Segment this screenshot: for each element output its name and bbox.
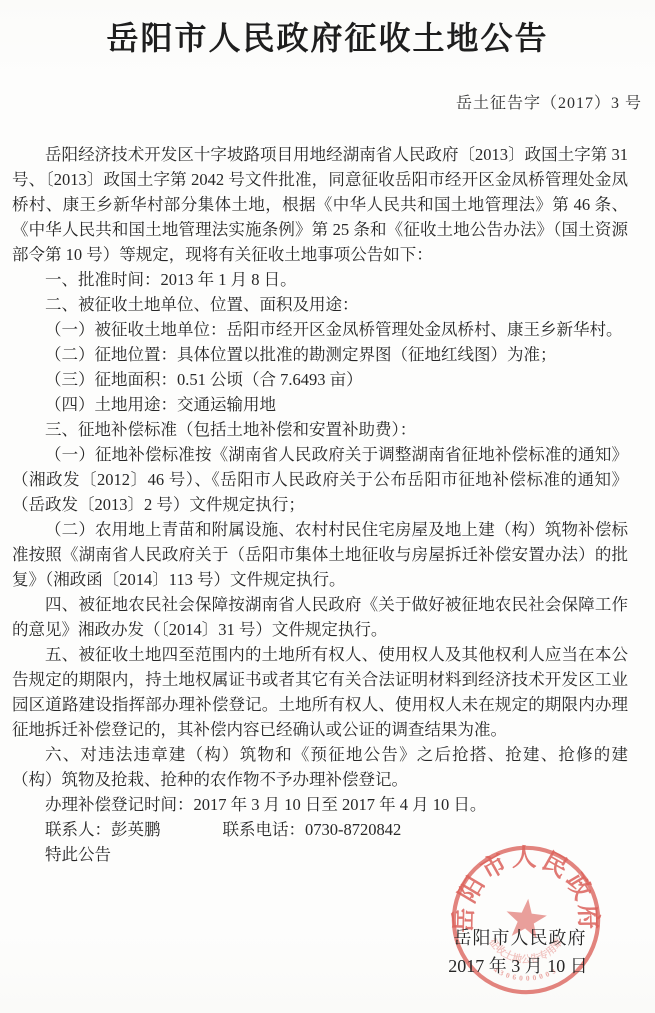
contact-person: 联系人：彭英鹏 [45, 820, 161, 839]
paragraph: （二）农用地上青苗和附属设施、农村村民住宅房屋及地上建（构）筑物补偿标准按照《湖… [12, 517, 628, 592]
paragraph: 二、被征收土地单位、位置、面积及用途： [12, 292, 628, 317]
paragraph: 岳阳经济技术开发区十字坡路项目用地经湖南省人民政府〔2013〕政国土字第 31 … [12, 142, 628, 267]
paragraph: （四）土地用途：交通运输用地 [12, 392, 628, 417]
announcement-page: 岳阳市人民政府征收土地公告 岳土征告字（2017）3 号 岳阳经济技术开发区十字… [0, 0, 655, 1013]
paragraph: 六、对违法违章建（构）筑物和《预征地公告》之后抢搭、抢建、抢修的建（构）筑物及抢… [12, 742, 628, 792]
paragraph: 五、被征收土地四至范围内的土地所有权人、使用权人及其他权利人应当在本公告规定的期… [12, 642, 628, 742]
paragraph-list: 岳阳经济技术开发区十字坡路项目用地经湖南省人民政府〔2013〕政国土字第 31 … [12, 142, 628, 817]
paragraph: （二）征地位置：具体位置以批准的勘测定界图（征地红线图）为准； [12, 342, 628, 367]
paragraph: 一、批准时间：2013 年 1 月 8 日。 [12, 267, 628, 292]
paragraph: （一）征地补偿标准按《湖南省人民政府关于调整湖南省征地补偿标准的通知》（湘政发〔… [12, 442, 628, 517]
document-number: 岳土征告字（2017）3 号 [0, 90, 642, 113]
paragraph: （三）征地面积：0.51 公顷（合 7.6493 亩） [12, 367, 628, 392]
signature-authority: 岳阳市人民政府 [430, 924, 610, 950]
contact-phone: 联系电话：0730-8720842 [223, 820, 402, 839]
paragraph: 四、被征地农民社会保障按湖南省人民政府《关于做好被征地农民社会保障工作的意见》湘… [12, 592, 628, 642]
paragraph: 三、征地补偿标准（包括土地补偿和安置补助费）： [12, 417, 628, 442]
signature-date: 2017 年 3 月 10 日 [420, 952, 616, 978]
paragraph: 办理补偿登记时间：2017 年 3 月 10 日至 2017 年 4 月 10 … [12, 792, 628, 817]
document-body: 岳阳经济技术开发区十字坡路项目用地经湖南省人民政府〔2013〕政国土字第 31 … [12, 142, 628, 867]
paragraph: （一）被征收土地单位：岳阳市经开区金凤桥管理处金凤桥村、康王乡新华村。 [12, 317, 628, 342]
page-title: 岳阳市人民政府征收土地公告 [14, 13, 641, 59]
